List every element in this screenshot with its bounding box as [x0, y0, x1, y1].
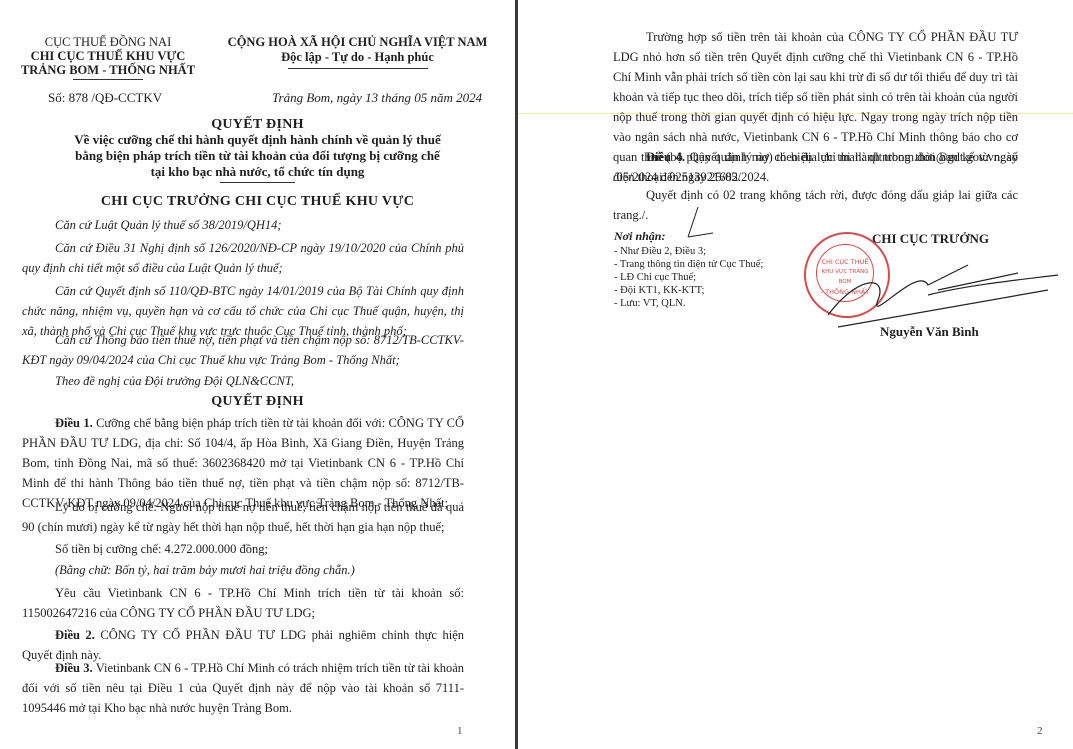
signer-name: Nguyễn Văn Bình — [880, 324, 979, 340]
decision-heading: QUYẾT ĐỊNH — [0, 394, 515, 410]
recipient-item: - Trang thông tin điện tử Cục Thuế; — [614, 258, 763, 271]
document-subject: Về việc cưỡng chế thi hành quyết định hà… — [0, 132, 515, 183]
agency-parent: CỤC THUẾ ĐỒNG NAI — [18, 35, 198, 49]
document-number: Số: 878 /QĐ-CCTKV — [48, 90, 162, 106]
recipient-item: - Đội KT1, KK-KTT; — [614, 284, 763, 297]
page-number: 2 — [1037, 725, 1043, 737]
motto-rule — [288, 68, 428, 69]
article-4: Điều 4. Quyết định này có hiệu lực thi h… — [613, 147, 1018, 187]
subject-line: tại kho bạc nhà nước, tổ chức tín dụng — [0, 164, 515, 180]
header-rule — [73, 79, 143, 80]
agency-name: CHI CỤC THUẾ KHU VỰC — [18, 49, 198, 63]
article-3: Điều 3. Vietinbank CN 6 - TP.Hồ Chí Minh… — [22, 658, 464, 718]
national-header: CỘNG HOÀ XÃ HỘI CHỦ NGHĨA VIỆT NAM Độc l… — [220, 35, 495, 69]
proposal-basis: Theo đề nghị của Đội trưởng Đội QLN&CCNT… — [22, 371, 464, 391]
subject-line: bằng biện pháp trích tiền từ tài khoản c… — [0, 148, 515, 164]
recipient-item: - LĐ Chi cục Thuế; — [614, 271, 763, 284]
document-title: QUYẾT ĐỊNH — [0, 117, 515, 133]
issuing-agency-header: CỤC THUẾ ĐỒNG NAI CHI CỤC THUẾ KHU VỰC T… — [18, 35, 198, 80]
signature-scribble-icon — [818, 255, 1068, 335]
initial-mark-icon — [668, 205, 718, 245]
document-page-1: CỤC THUẾ ĐỒNG NAI CHI CỤC THUẾ KHU VỰC T… — [0, 0, 515, 749]
national-title: CỘNG HOÀ XÃ HỘI CHỦ NGHĨA VIỆT NAM — [220, 35, 495, 50]
article-label: Điều 1. — [55, 416, 93, 430]
bank-request: Yêu cầu Vietinbank CN 6 - TP.Hồ Chí Minh… — [22, 583, 464, 623]
enforcement-reason: Lý do bị cưỡng chế: Người nộp thuế nợ ti… — [22, 497, 464, 537]
issuing-authority: CHI CỤC TRƯỞNG CHI CỤC THUẾ KHU VỰC — [0, 194, 515, 210]
national-motto: Độc lập - Tự do - Hạnh phúc — [220, 50, 495, 65]
signer-title: CHI CỤC TRƯỞNG — [872, 231, 989, 247]
document-page-2: Trường hợp số tiền trên tài khoản của CÔ… — [518, 0, 1073, 749]
article-label: Điều 2. — [55, 628, 95, 642]
page-number: 1 — [457, 725, 463, 737]
article-label: Điều 3. — [55, 661, 93, 675]
enforcement-amount: Số tiền bị cưỡng chế: 4.272.000.000 đồng… — [22, 539, 464, 559]
place-date: Trảng Bom, ngày 13 tháng 05 năm 2024 — [272, 90, 482, 106]
recipient-item: - Như Điều 2, Điều 3; — [614, 245, 763, 258]
legal-basis: Căn cứ Điều 31 Nghị định số 126/2020/NĐ-… — [22, 238, 464, 278]
agency-region: TRẢNG BOM - THỐNG NHẤT — [18, 63, 198, 77]
legal-basis: Căn cứ Thông báo tiền thuế nợ, tiền phạt… — [22, 330, 464, 370]
recipient-item: - Lưu: VT, QLN. — [614, 297, 763, 310]
subject-line: Về việc cưỡng chế thi hành quyết định hà… — [0, 132, 515, 148]
article-label: Điều 4. — [646, 150, 685, 164]
legal-basis: Căn cứ Luật Quản lý thuế số 38/2019/QH14… — [22, 215, 464, 235]
amount-in-words: (Bằng chữ: Bốn tỷ, hai trăm bảy mươi hai… — [22, 560, 464, 580]
subject-rule — [220, 182, 295, 183]
